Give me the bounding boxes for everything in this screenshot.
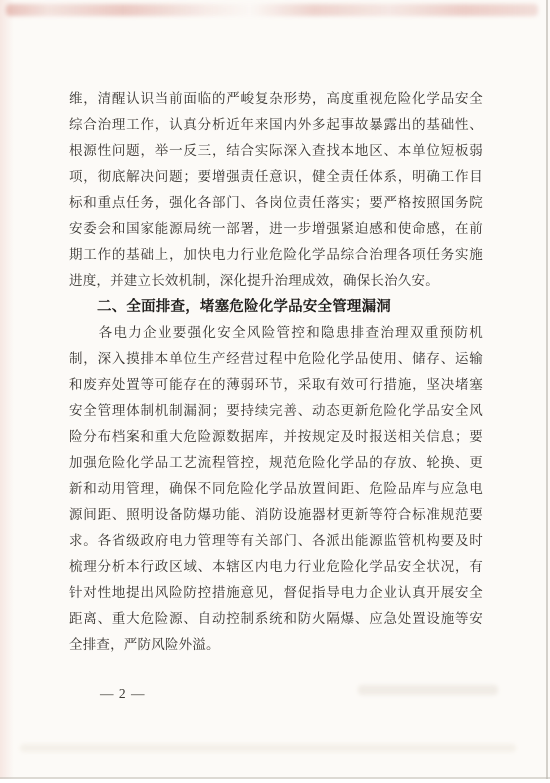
scan-artifact-left-tint (0, 0, 14, 783)
text-line: 源间距、照明设备防爆功能、消防设施器材更新等符合标准规范要 (69, 502, 483, 528)
text-line: 加强危险化学品工艺流程管控，规范危险化学品的存放、轮换、更 (69, 450, 483, 476)
text-line: 梳理分析本行政区域、本辖区内电力行业危险化学品安全状况，有 (69, 554, 483, 580)
section-heading: 二、全面排查，堵塞危险化学品安全管理漏洞 (69, 294, 483, 320)
text-line: 求。各省级政府电力管理等有关部门、各派出能源监管机构要及时 (69, 528, 483, 554)
text-line: 综合治理工作，认真分析近年来国内外多起事故暴露出的基础性、 (69, 112, 483, 138)
text-line: 进度，并建立长效机制，深化提升治理成效，确保长治久安。 (69, 268, 483, 294)
text-line: 标和重点任务，强化各部门、各岗位责任落实；要严格按照国务院 (69, 190, 483, 216)
scan-background (0, 779, 550, 783)
text-line: 安委会和国家能源局统一部署，进一步增强紧迫感和使命感，在前 (69, 216, 483, 242)
text-line: 全排查，严防风险外溢。 (69, 632, 483, 658)
paragraph-continuation: 维，清醒认识当前面临的严峻复杂形势，高度重视危险化学品安全综合治理工作，认真分析… (69, 86, 483, 294)
text-line: 新和动用管理，确保不同危险化学品放置间距、危险品库与应急电 (69, 476, 483, 502)
text-line: 各电力企业要强化安全风险管控和隐患排查治理双重预防机 (69, 320, 483, 346)
text-line: 期工作的基础上，加快电力行业危险化学品综合治理各项任务实施 (69, 242, 483, 268)
text-line: 险分布档案和重大危险源数据库，并按规定及时报送相关信息；要 (69, 424, 483, 450)
text-line: 根源性问题，举一反三，结合实际深入查找本地区、本单位短板弱 (69, 138, 483, 164)
text-line: 维，清醒认识当前面临的严峻复杂形势，高度重视危险化学品安全 (69, 86, 483, 112)
page-edge-right (546, 0, 548, 779)
text-line: 和废弃处置等可能存在的薄弱环节，采取有效可行措施，坚决堵塞 (69, 372, 483, 398)
text-line: 针对性地提出风险防控措施意见，督促指导电力企业认真开展安全 (69, 580, 483, 606)
text-line: 距离、重大危险源、自动控制系统和防火隔爆、应急处置设施等安 (69, 606, 483, 632)
paragraph-body: 各电力企业要强化安全风险管控和隐患排查治理双重预防机制，深入摸排本单位生产经营过… (69, 320, 483, 658)
text-line: 安全管理体制机制漏洞；要持续完善、动态更新危险化学品安全风 (69, 398, 483, 424)
page-number: — 2 — (69, 684, 483, 704)
text-line: 制，深入摸排本单位生产经营过程中危险化学品使用、储存、运输 (69, 346, 483, 372)
text-line: 项，彻底解决问题；要增强责任意识，健全责任体系，明确工作目 (69, 164, 483, 190)
scanned-document-page: 维，清醒认识当前面临的严峻复杂形势，高度重视危险化学品安全综合治理工作，认真分析… (0, 0, 550, 783)
scan-artifact-top-smudge (6, 4, 538, 16)
bleed-through-ghost-text (20, 744, 516, 752)
text-block: 维，清醒认识当前面临的严峻复杂形势，高度重视危险化学品安全综合治理工作，认真分析… (69, 86, 483, 704)
